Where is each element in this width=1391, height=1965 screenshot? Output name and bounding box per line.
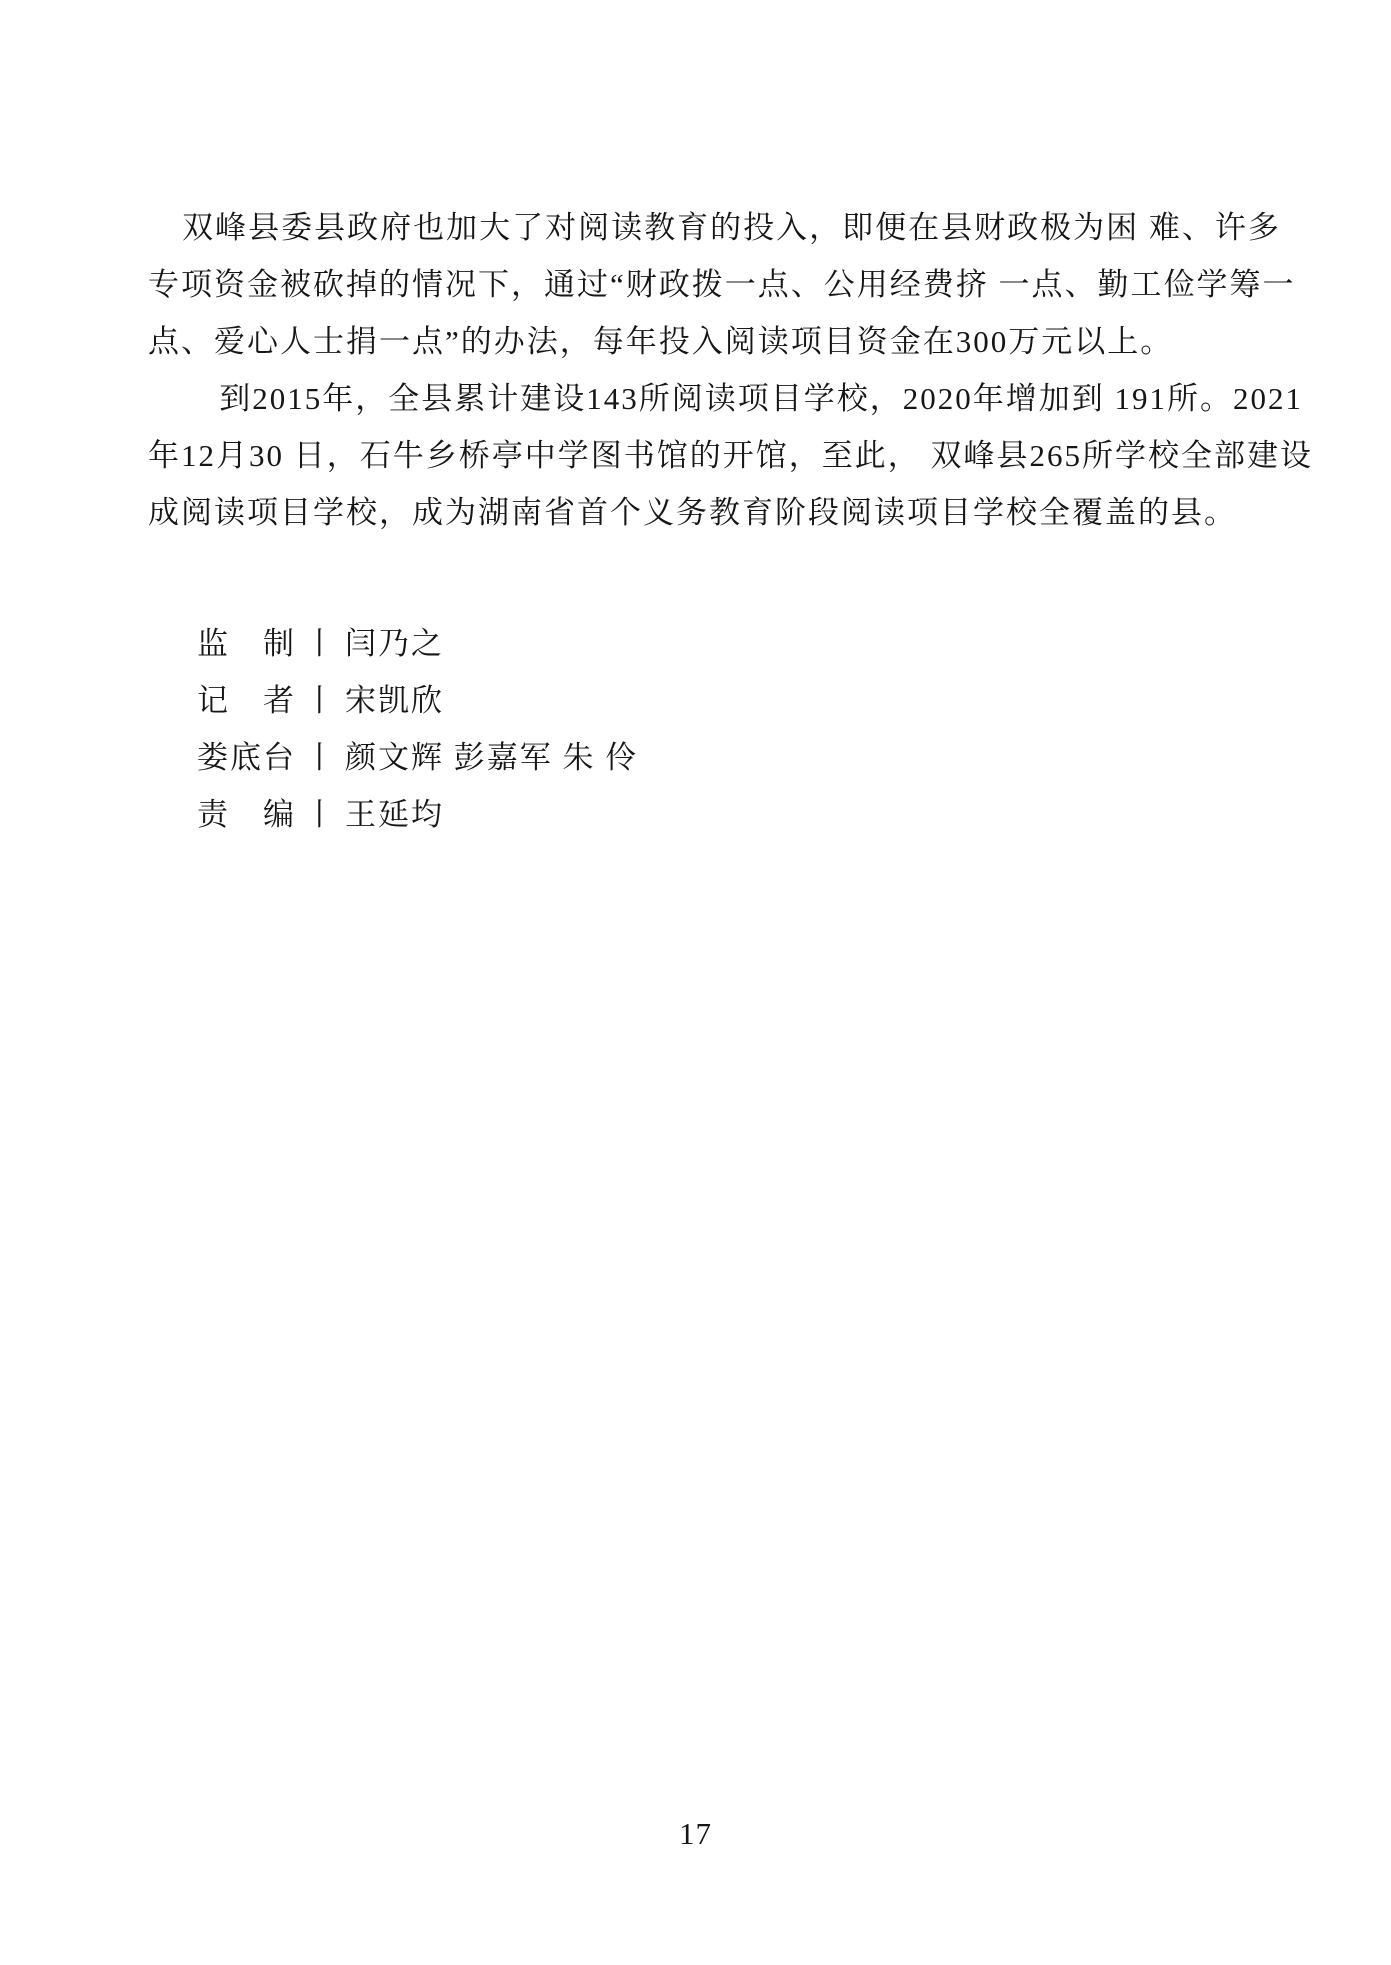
credit-row-reporter: 记 者丨宋凯欣: [197, 672, 1360, 729]
credit-names: 闫乃之: [345, 626, 444, 661]
credit-names: 王延均: [345, 797, 444, 832]
credit-names: 宋凯欣: [345, 683, 444, 718]
credit-role-label: 监 制: [197, 626, 296, 661]
credit-row-supervisor: 监 制丨闫乃之: [197, 615, 1360, 672]
body-paragraph-funding: 双峰县委县政府也加大了对阅读教育的投入，即便在县财政极为困 难、许多 专项资金被…: [148, 199, 1360, 370]
credit-role-label: 责 编: [197, 797, 296, 832]
page-number: 17: [0, 1814, 1391, 1854]
credit-row-loudi-station: 娄底台丨颜文辉 彭嘉军 朱 伶: [197, 729, 1360, 786]
body-paragraph-schools: 到2015年，全县累计建设143所阅读项目学校，2020年增加到 191所。20…: [148, 370, 1360, 541]
credits-block: 监 制丨闫乃之 记 者丨宋凯欣 娄底台丨颜文辉 彭嘉军 朱 伶 责 编丨王延均: [197, 615, 1360, 843]
divider-bar: 丨: [304, 797, 337, 832]
divider-bar: 丨: [304, 626, 337, 661]
divider-bar: 丨: [304, 683, 337, 718]
credit-row-editor: 责 编丨王延均: [197, 786, 1360, 843]
page-content: 双峰县委县政府也加大了对阅读教育的投入，即便在县财政极为困 难、许多 专项资金被…: [0, 0, 1360, 843]
credit-role-label: 记 者: [197, 683, 296, 718]
divider-bar: 丨: [304, 740, 337, 775]
document-page: 双峰县委县政府也加大了对阅读教育的投入，即便在县财政极为困 难、许多 专项资金被…: [0, 0, 1391, 1965]
credit-role-label: 娄底台: [197, 740, 296, 775]
credit-names: 颜文辉 彭嘉军 朱 伶: [345, 740, 638, 775]
